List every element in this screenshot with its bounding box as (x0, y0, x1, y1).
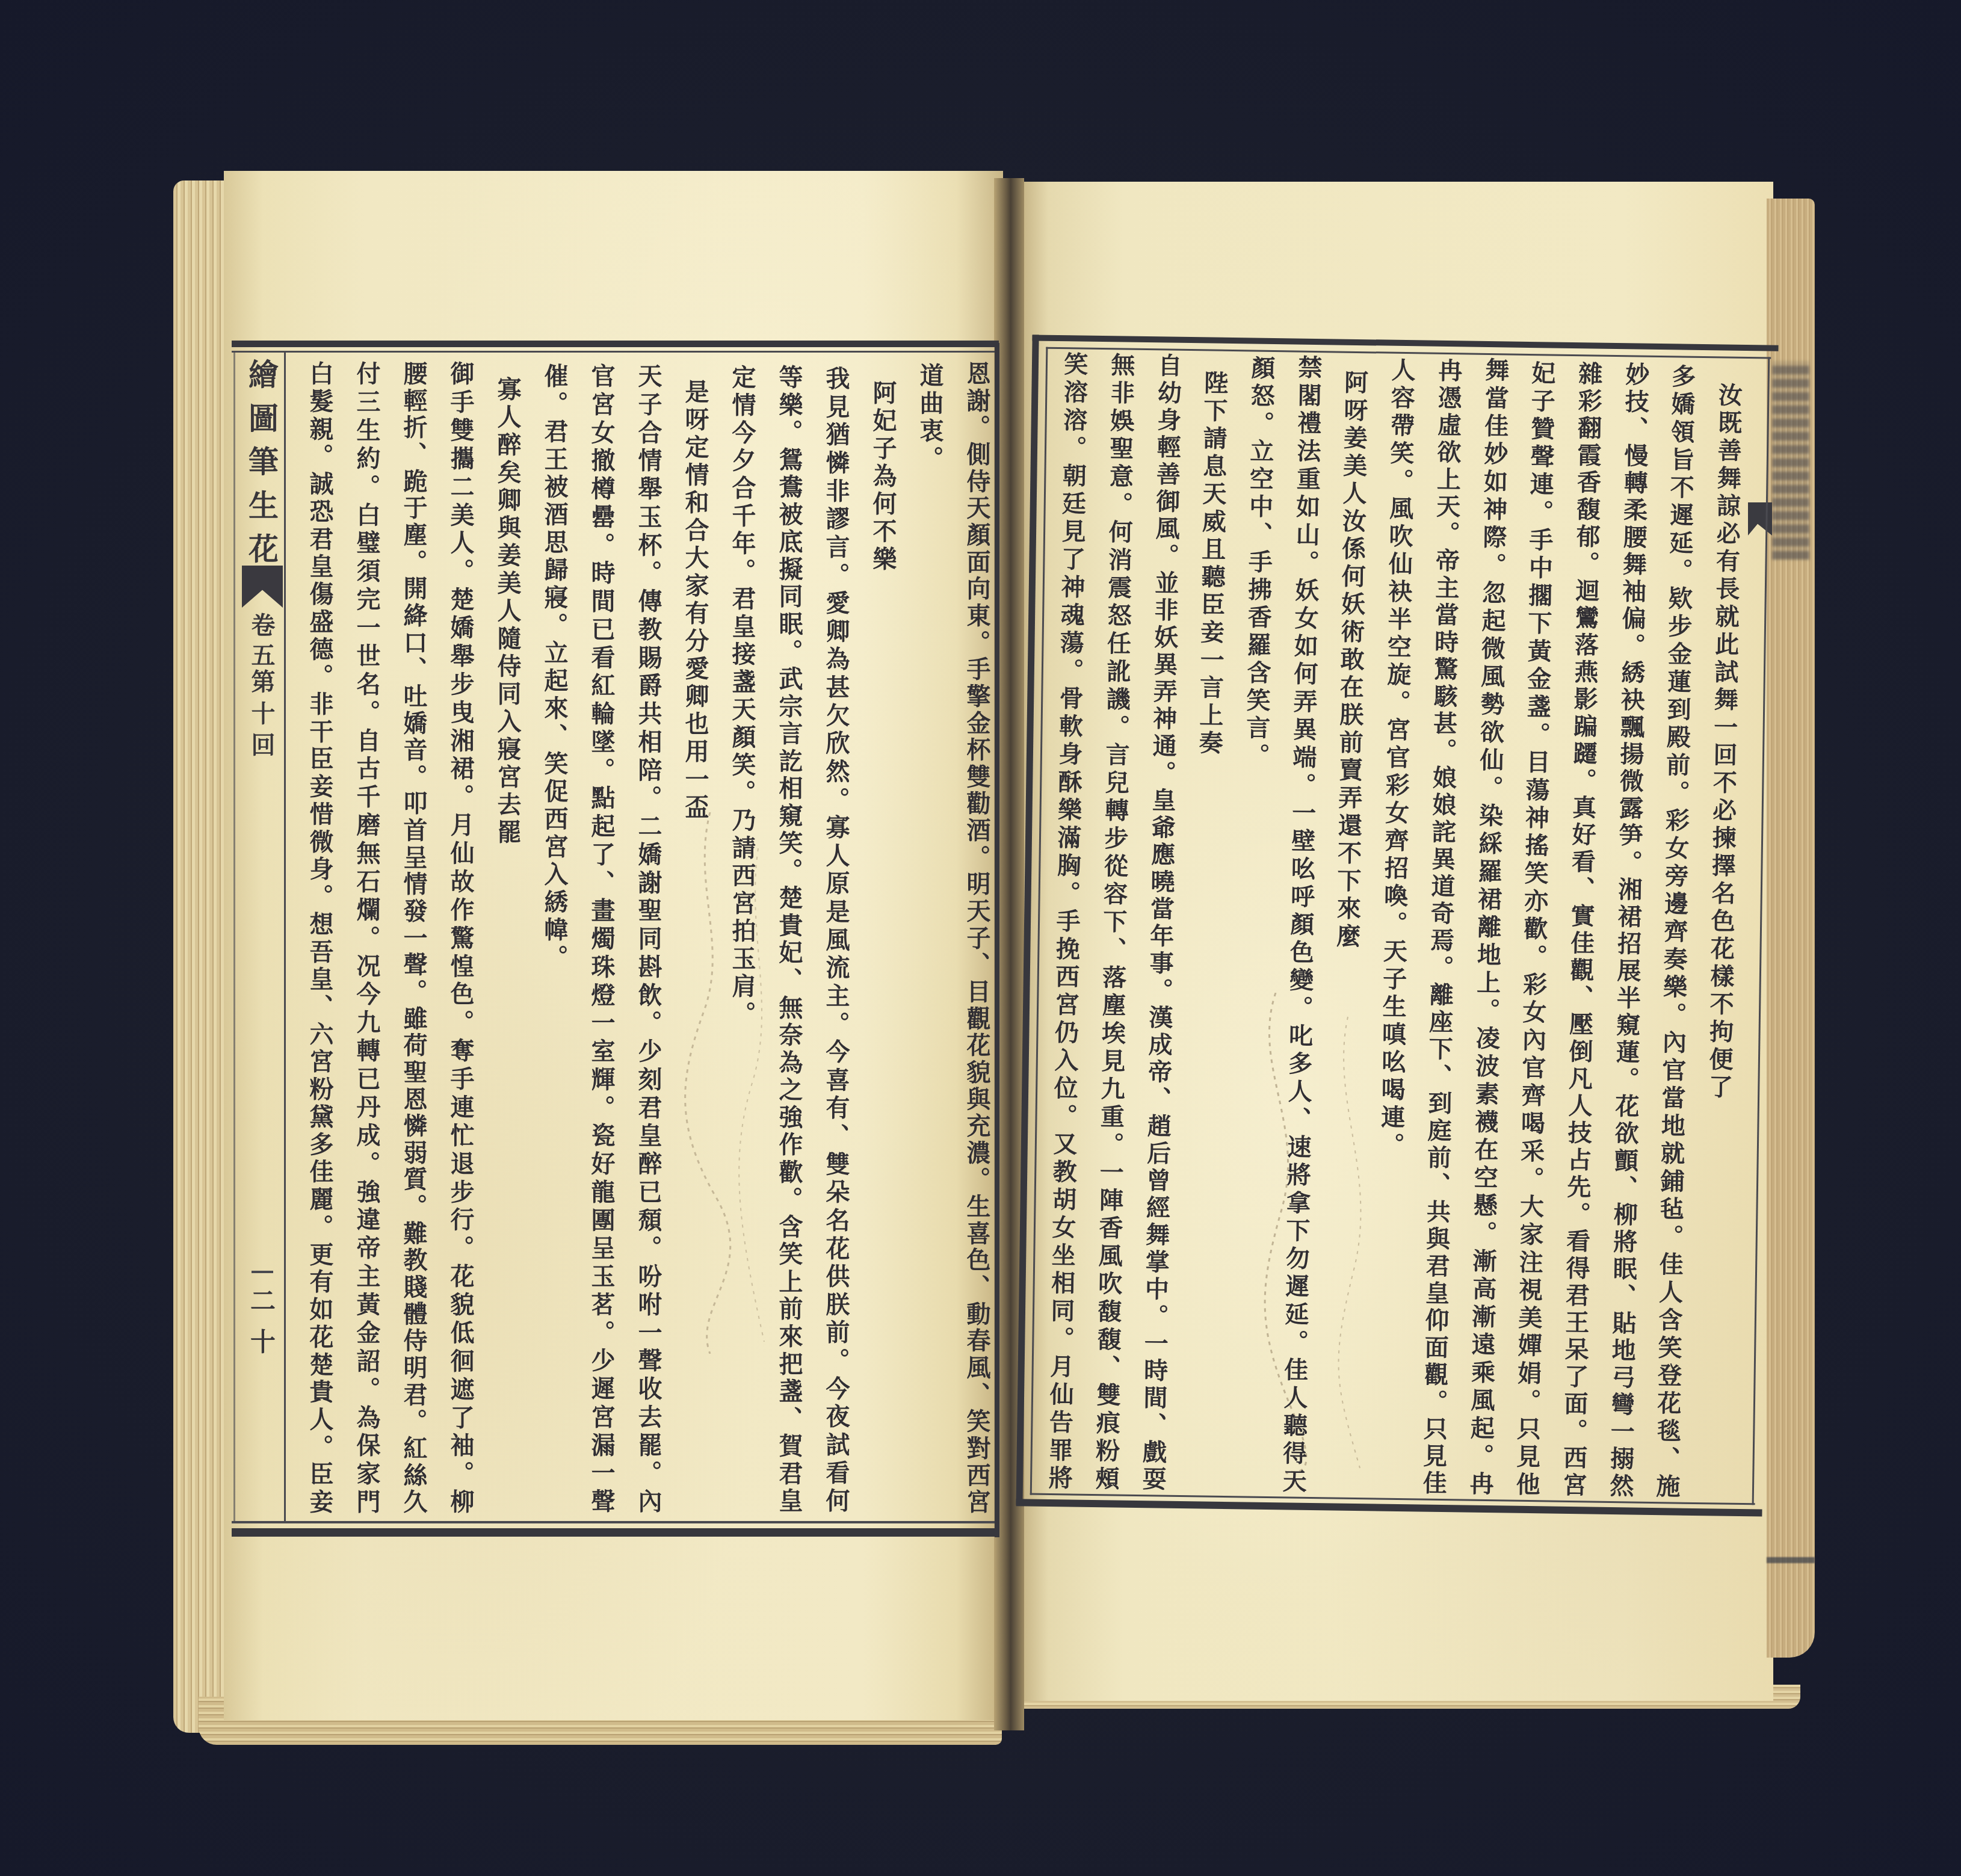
fore-edge-rule-bleed (1767, 1557, 1815, 1563)
left-column-2: 道曲衷。 (906, 363, 953, 1512)
left-column-7: 是呀定情和合大家有分愛卿也用一盃 (672, 379, 718, 1510)
left-column-8: 天子合情舉玉杯。傳教賜爵共相陪。二嬌謝聖同斟飲。少刻君皇醉已頹。吩咐一聲收去罷。… (625, 363, 672, 1513)
left-column-14: 付三生約。白璧須完一世名。自古千磨無石爛。况今九轉已丹成。強違帝主黃金詔。為保家… (343, 361, 390, 1513)
left-column-9: 官宮女撤樽罍。時間已看紅輪墜。點起了、畫燭珠燈一室輝。瓷好龍團呈玉茗。少遲宮漏一… (578, 363, 625, 1513)
left-column-5: 等樂。鴛鴦被底擬同眠。武宗言訖相窺笑。楚貴妃、無奈為之強作歡。含笑上前來把盞、賀… (765, 365, 812, 1512)
left-bottom-rule-thin (232, 1521, 999, 1523)
left-column-15: 白髮親。誠恐君皇傷盛德。非干臣妾惜微身。想吾皇、六宮粉黛多佳麗。更有如花楚貴人。… (296, 361, 343, 1513)
volume-label: 卷五 (238, 612, 285, 667)
right-right-border (1752, 357, 1770, 1505)
left-column-6: 定情今夕合千年。君皇接盞天顏笑。乃請西宮拍玉肩。 (718, 365, 765, 1511)
page-number: 二十 (238, 1288, 285, 1354)
book-title: 繪圖筆生花 (238, 359, 285, 563)
left-bottom-rule-thick (232, 1528, 999, 1537)
left-column-10: 催。君王被酒思歸寢。立起來、笑促西宮入綉幃。 (531, 363, 578, 1510)
left-column-11: 寡人醉矣卿與姜美人隨侍同入寢宮去罷 (484, 377, 531, 1511)
left-top-rule-thin (232, 351, 999, 353)
left-top-rule-thick (232, 341, 999, 347)
left-column-12: 御手雙攜二美人。楚嬌舉步曳湘裙。月仙故作驚惶色。奪手連忙退步行。花貌低徊遮了袖。… (437, 361, 484, 1513)
left-column-13: 腰輕折、跪于塵。開絳口、吐嬌音。叩首呈情發一聲。雖荷聖恩憐弱質。難教賤體侍明君。… (390, 361, 437, 1513)
left-column-4: 我見猶憐非謬言。愛卿為甚欠欣然。寡人原是風流主。今喜有、雙朵名花供朕前。今夜試看… (812, 366, 859, 1512)
chapter-label: 第十回 (238, 669, 285, 756)
right-page-text-frame: 汝既善舞諒必有長就此試舞一回不必揀擇名色花樣不拘便了 多嬌領旨不遲延。欵步金蓮到… (1008, 326, 1790, 1528)
left-column-3: 阿妃子為何不樂 (859, 380, 906, 1511)
left-outer-border (233, 352, 235, 1522)
page-number-dash (252, 1271, 273, 1273)
left-column-1: 恩謝。側侍天顏面向東。手擎金杯雙勸酒。明天子、目觀花貌與充濃。生喜色、動春風、笑… (953, 361, 1000, 1513)
